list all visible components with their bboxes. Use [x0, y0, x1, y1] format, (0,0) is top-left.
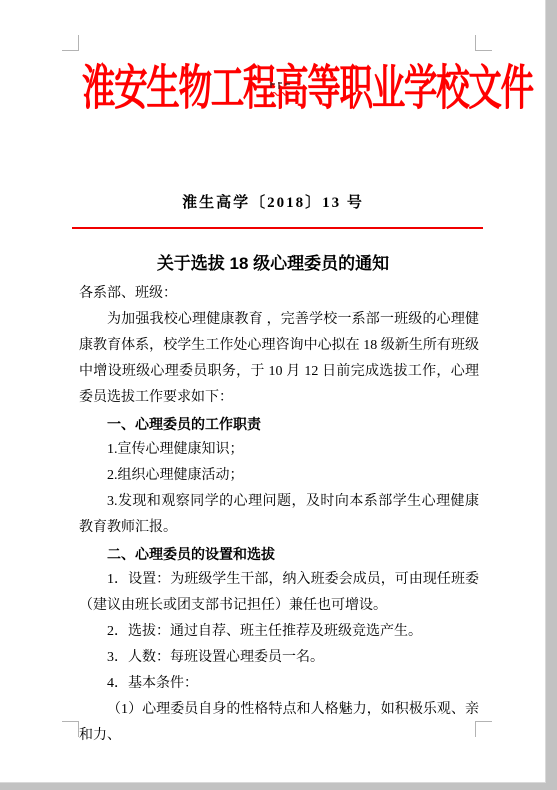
document-title[interactable]: 关于选拔 18 级心理委员的通知 — [0, 249, 546, 274]
list-item-duty-2[interactable]: 2.组织心理健康活动； — [79, 463, 479, 489]
list-item-headcount[interactable]: 3．人数：每班设置心理委员一名。 — [79, 645, 479, 671]
salutation-line[interactable]: 各系部、班级： — [79, 281, 479, 307]
section-heading-1[interactable]: 一、心理委员的工作职责 — [79, 411, 479, 437]
list-item-basic-conditions[interactable]: 4．基本条件： — [79, 671, 479, 697]
margin-crop-mark-bottom-left — [62, 721, 79, 737]
list-item-condition-1[interactable]: （1）心理委员自身的性格特点和人格魅力，如积极乐观、亲和力、 — [79, 697, 479, 749]
margin-crop-mark-top-left — [62, 35, 79, 51]
document-window: 淮安生物工程高等职业学校文件 淮生高学〔2018〕13 号 关于选拔 18 级心… — [0, 0, 557, 790]
spellcheck-squiggle-artifact-icon — [268, 81, 298, 98]
document-body[interactable]: 各系部、班级： 为加强我校心理健康教育 ，完善学校一系部一班级的心理健康教育体系… — [79, 281, 479, 749]
paragraph-intro[interactable]: 为加强我校心理健康教育 ，完善学校一系部一班级的心理健康教育体系，校学生工作处心… — [79, 307, 479, 411]
list-item-setup[interactable]: 1．设置：为班级学生干部，纳入班委会成员，可由现任班委（建议由班长或团支部书记担… — [79, 567, 479, 619]
section-heading-2[interactable]: 二、心理委员的设置和选拔 — [79, 541, 479, 567]
list-item-duty-1[interactable]: 1.宣传心理健康知识； — [79, 437, 479, 463]
list-item-duty-3[interactable]: 3.发现和观察同学的心理问题，及时向本系部学生心理健康教育教师汇报。 — [79, 489, 479, 541]
red-divider-line — [72, 227, 483, 229]
list-item-selection[interactable]: 2．选拔：通过自荐、班主任推荐及班级竞选产生。 — [79, 619, 479, 645]
document-page[interactable]: 淮安生物工程高等职业学校文件 淮生高学〔2018〕13 号 关于选拔 18 级心… — [0, 0, 546, 783]
margin-crop-mark-top-right — [475, 35, 492, 51]
document-number[interactable]: 淮生高学〔2018〕13 号 — [0, 191, 546, 212]
